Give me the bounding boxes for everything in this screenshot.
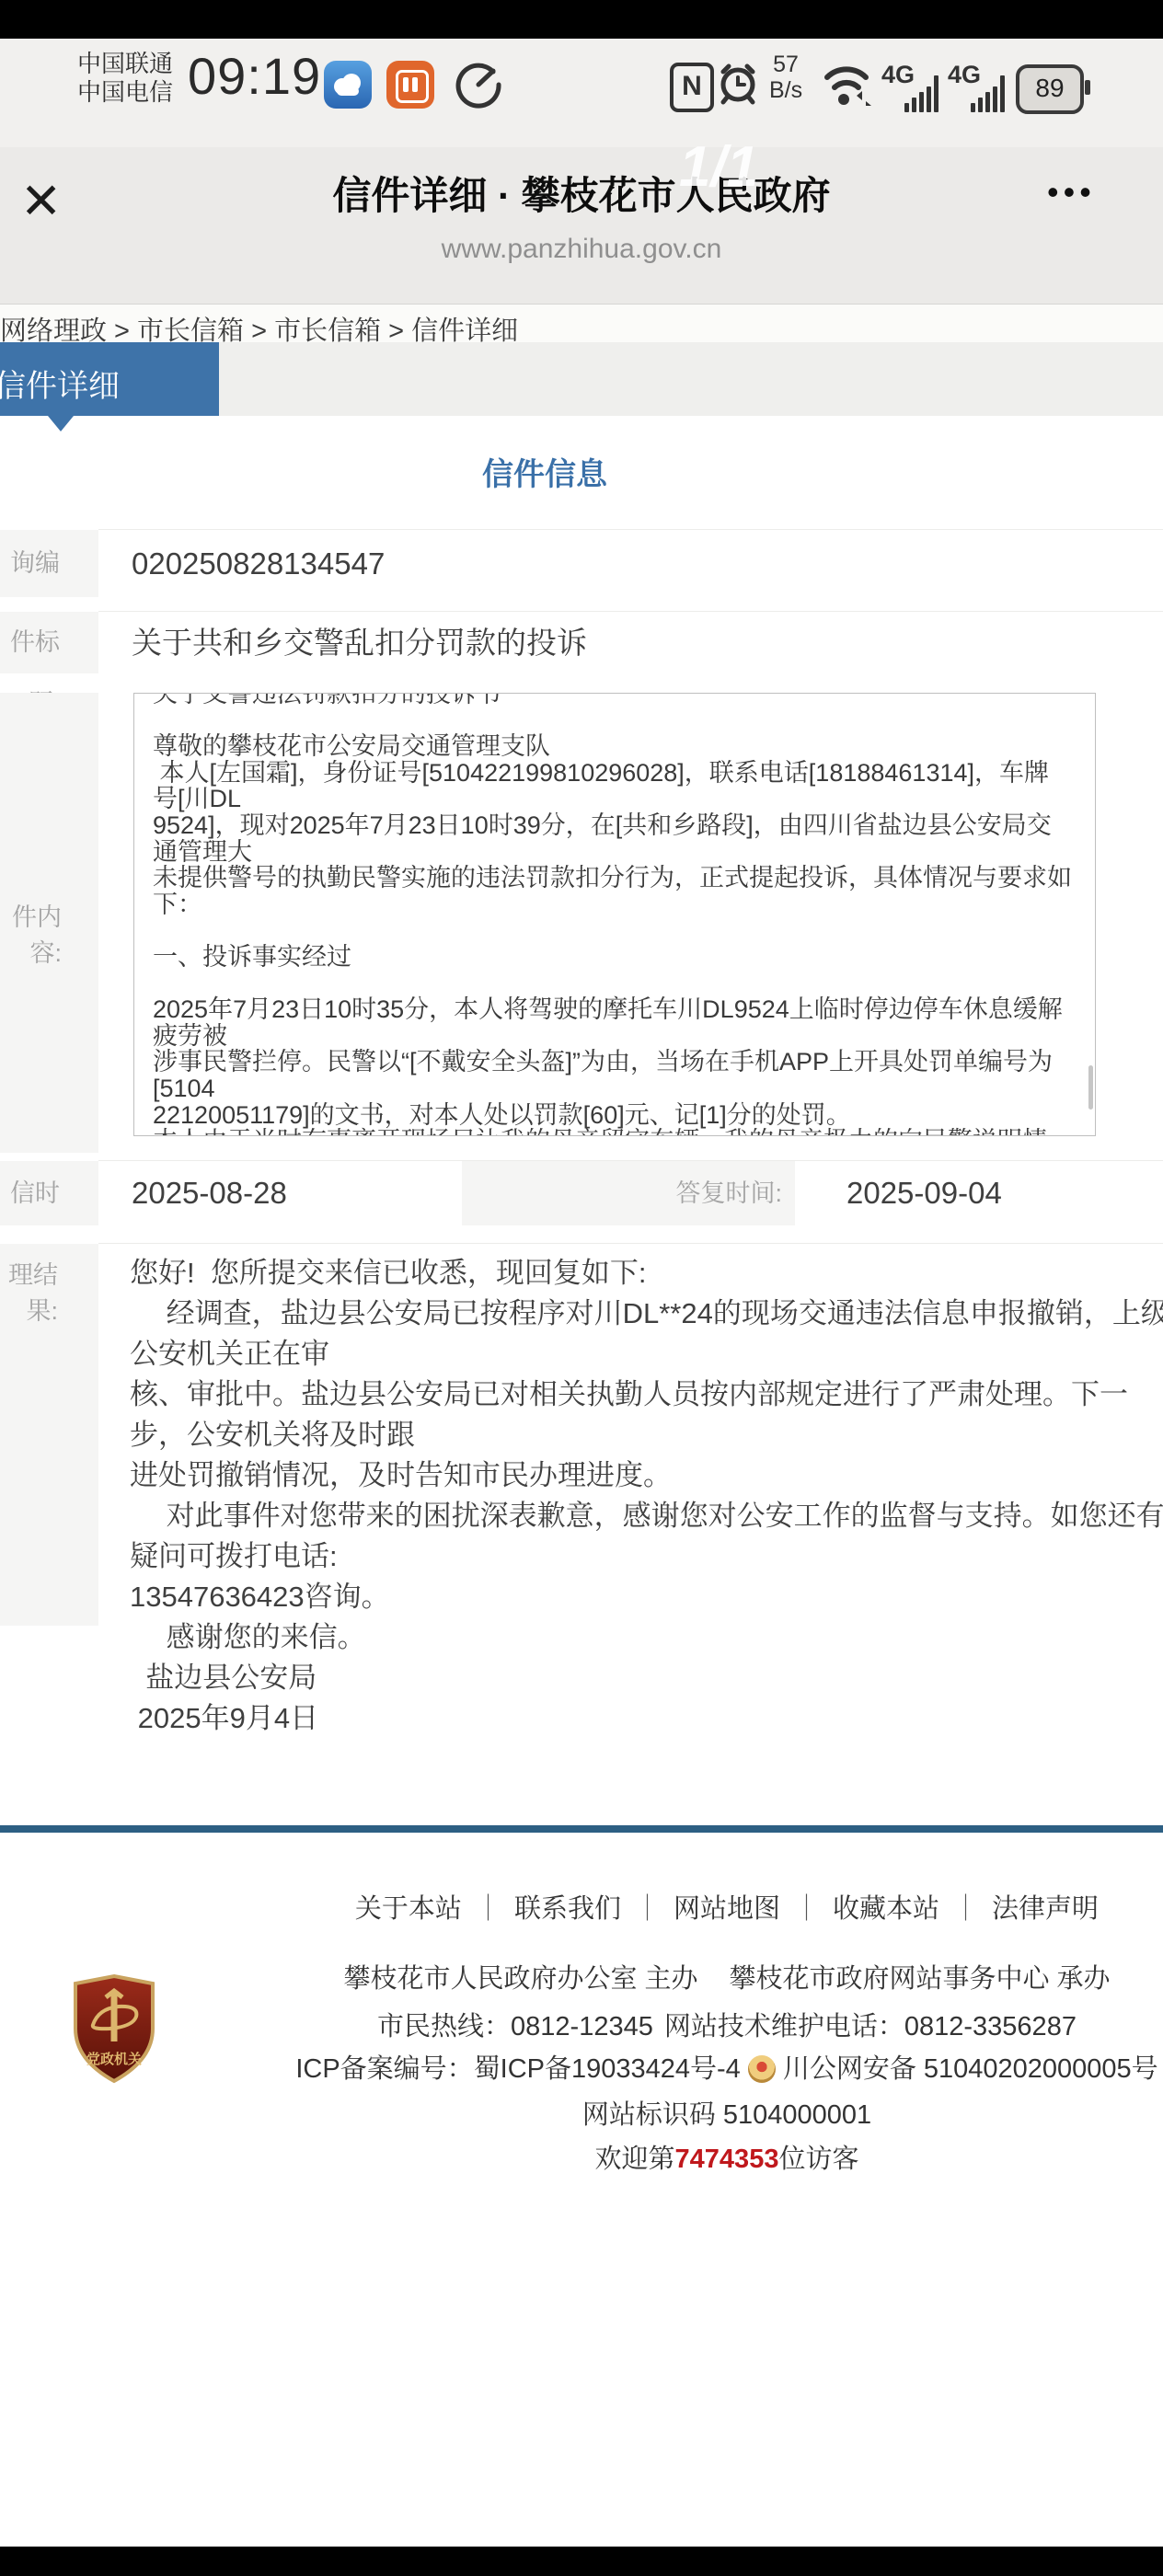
browser-title-bar: ✕ 信件详细 · 攀枝花市人民政府 1/1 www.panzhihua.gov.… xyxy=(0,147,1163,304)
breadcrumb[interactable]: 网络理政 > 市长信箱 > 市长信箱 > 信件详细 xyxy=(0,304,1163,343)
nfc-icon: N xyxy=(670,63,714,112)
footer-link-contact[interactable]: 联系我们 xyxy=(514,1894,621,1924)
letter-content-textarea[interactable]: 关于交警违法罚款扣分的投诉书 尊敬的攀枝花市公安局交通管理支队 本人[左国霜]，… xyxy=(133,693,1096,1136)
section-heading: 信件信息 xyxy=(0,449,1089,494)
footer-icp-line: ICP备案编号：蜀ICP备19033424号-4川公网安备 5104020200… xyxy=(294,2048,1159,2086)
phone-screen: 中国联通 中国电信 09:19 N xyxy=(0,0,1163,2576)
video-app-icon xyxy=(386,61,434,109)
footer-link-legal[interactable]: 法律声明 xyxy=(992,1894,1099,1924)
top-black-strip xyxy=(0,0,1163,39)
label-letter-id: 询编号: xyxy=(0,530,98,597)
footer-rule xyxy=(0,1825,1163,1833)
letter-content-text: 关于交警违法罚款扣分的投诉书 尊敬的攀枝花市公安局交通管理支队 本人[左国霜]，… xyxy=(153,693,1073,1136)
status-clock: 09:19 xyxy=(188,46,321,106)
footer-link-separator: ｜ xyxy=(793,1894,820,1924)
page-counter-overlay: 1/1 xyxy=(679,134,758,200)
footer-link-about[interactable]: 关于本站 xyxy=(355,1894,462,1924)
footer-organizer-line: 攀枝花市人民政府办公室 主办攀枝花市政府网站事务中心 承办 xyxy=(294,1958,1159,1995)
status-bar: 中国联通 中国电信 09:19 N xyxy=(0,39,1163,147)
footer-hotline: 市民热线：0812-12345 xyxy=(377,2012,653,2041)
police-badge-icon xyxy=(748,2055,776,2083)
letter-date-value: 2025-08-28 xyxy=(132,1161,287,1225)
label-letter-date: 信时间: xyxy=(0,1161,98,1225)
alarm-clock-icon xyxy=(716,61,760,109)
result-text: 您好! 您所提交来信已收悉，现回复如下: 经调查，盐边县公安局已按程序对川DL*… xyxy=(115,1244,1163,1739)
letter-id-value: 020250828134547 xyxy=(132,530,385,597)
footer-links: 关于本站｜联系我们｜网站地图｜收藏本站｜法律声明 xyxy=(294,1888,1159,1926)
more-menu-icon[interactable]: ••• xyxy=(1047,173,1096,212)
label-reply-date: 答复时间: xyxy=(462,1161,795,1225)
tab-pointer xyxy=(48,416,74,431)
footer-undertaker: 攀枝花市政府网站事务中心 承办 xyxy=(730,1964,1111,1994)
network-speed: 57 B/s xyxy=(769,52,802,103)
footer-site-code: 网站标识码 5104000001 xyxy=(294,2094,1159,2132)
label-letter-content: 件内容: xyxy=(0,693,98,1153)
tab-band: 信件详细 xyxy=(0,342,1163,416)
close-icon[interactable]: ✕ xyxy=(20,177,62,226)
carrier-2: 中国电信 xyxy=(77,78,173,107)
visitor-count: 7474353 xyxy=(675,2145,779,2174)
page-url: www.panzhihua.gov.cn xyxy=(121,234,1042,265)
letter-title-value: 关于共和乡交警乱扣分罚款的投诉 xyxy=(132,612,587,673)
footer-organizer: 攀枝花市人民政府办公室 主办 xyxy=(343,1964,697,1994)
footer-link-sitemap[interactable]: 网站地图 xyxy=(674,1894,780,1924)
footer-hotline-line: 市民热线：0812-12345网站技术维护电话：0812-3356287 xyxy=(294,2006,1159,2043)
carrier-names: 中国联通 中国电信 xyxy=(77,50,173,107)
battery-icon: 89 xyxy=(1016,64,1084,114)
reply-date-value: 2025-09-04 xyxy=(846,1161,1002,1225)
weather-app-icon xyxy=(324,61,372,109)
footer-icp[interactable]: ICP备案编号：蜀ICP备19033424号-4 xyxy=(295,2054,741,2084)
footer-link-separator: ｜ xyxy=(475,1894,501,1924)
badge-label: 党政机关 xyxy=(86,2051,142,2067)
sim1-signal: 4G xyxy=(881,61,938,118)
wifi-icon xyxy=(822,63,875,115)
textarea-scrollbar[interactable] xyxy=(1088,1065,1093,1110)
sim2-signal: 4G xyxy=(948,61,1005,118)
government-shield-badge: 党政机关 xyxy=(71,1973,157,2084)
label-letter-title: 件标题: xyxy=(0,612,98,673)
data-saver-gauge-icon xyxy=(453,59,504,115)
footer-link-separator: ｜ xyxy=(952,1894,979,1924)
page-title: 信件详细 · 攀枝花市人民政府 xyxy=(121,166,1042,221)
footer-tech-phone: 网站技术维护电话：0812-3356287 xyxy=(664,2012,1077,2041)
bottom-black-bar xyxy=(0,2547,1163,2576)
footer-link-favorite[interactable]: 收藏本站 xyxy=(833,1894,939,1924)
carrier-1: 中国联通 xyxy=(77,50,173,78)
footer-police-record[interactable]: 川公网安备 51040202000005号 xyxy=(783,2054,1158,2084)
tab-letter-detail[interactable]: 信件详细 xyxy=(0,342,219,416)
footer-visitor-counter: 欢迎第7474353位访客 xyxy=(294,2138,1159,2176)
footer-link-separator: ｜ xyxy=(634,1894,661,1924)
label-result: 理结果: xyxy=(0,1244,98,1626)
